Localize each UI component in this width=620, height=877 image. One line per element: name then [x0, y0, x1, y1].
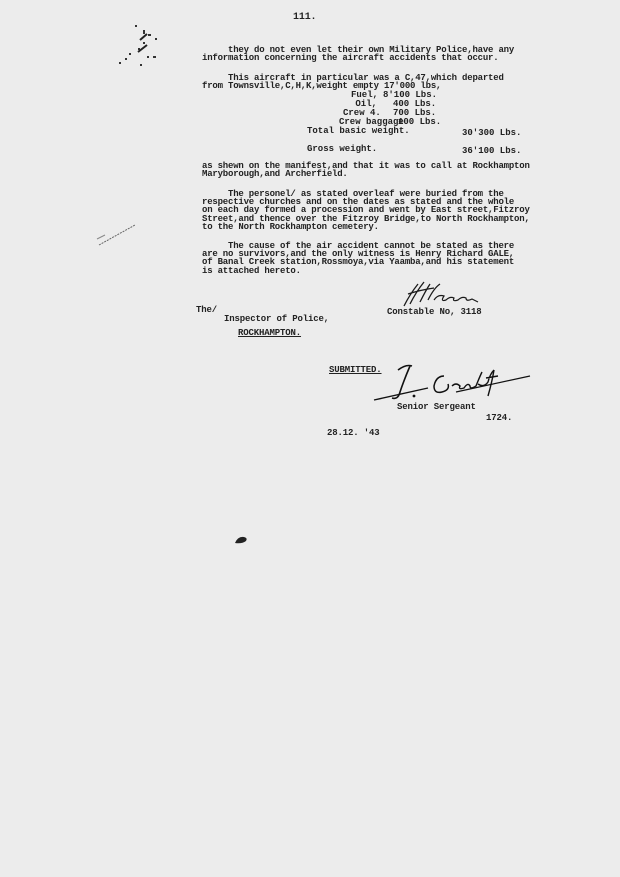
scan-artifact-line	[95, 215, 145, 250]
sergeant-number: 1724.	[486, 414, 512, 423]
paragraph-aircraft-line2: from Townsville,C,H,K,weight empty 17'00…	[202, 82, 532, 90]
gross-weight-label: Gross weight.	[307, 145, 377, 154]
addressee-line2: Inspector of Police,	[224, 315, 329, 324]
document-page: 111. they do not even let their own Mili…	[0, 0, 620, 877]
addressee-line3: ROCKHAMPTON.	[238, 329, 301, 338]
scan-artifact-marks	[95, 20, 195, 80]
document-date: 28.12. '43	[327, 429, 380, 438]
paragraph-burial: The personel/ as stated overleaf were bu…	[202, 190, 532, 231]
constable-title: Constable No, 3118	[387, 308, 482, 317]
ink-blot	[232, 533, 252, 547]
sergeant-signature	[370, 362, 535, 407]
sergeant-title: Senior Sergeant	[397, 403, 476, 412]
page-number: 111.	[293, 13, 316, 22]
paragraph-military-police: they do not even let their own Military …	[202, 46, 532, 62]
constable-signature	[400, 280, 485, 310]
paragraph-manifest: as shewn on the manifest,and that it was…	[202, 162, 532, 178]
total-basic-weight-label: Total basic weight.	[307, 127, 410, 136]
total-basic-weight-value: 30'300 Lbs.	[462, 129, 521, 138]
gross-weight-value: 36'100 Lbs.	[462, 147, 521, 156]
addressee-line1: The/	[196, 306, 217, 315]
paragraph-cause: The cause of the air accident cannot be …	[202, 242, 532, 275]
